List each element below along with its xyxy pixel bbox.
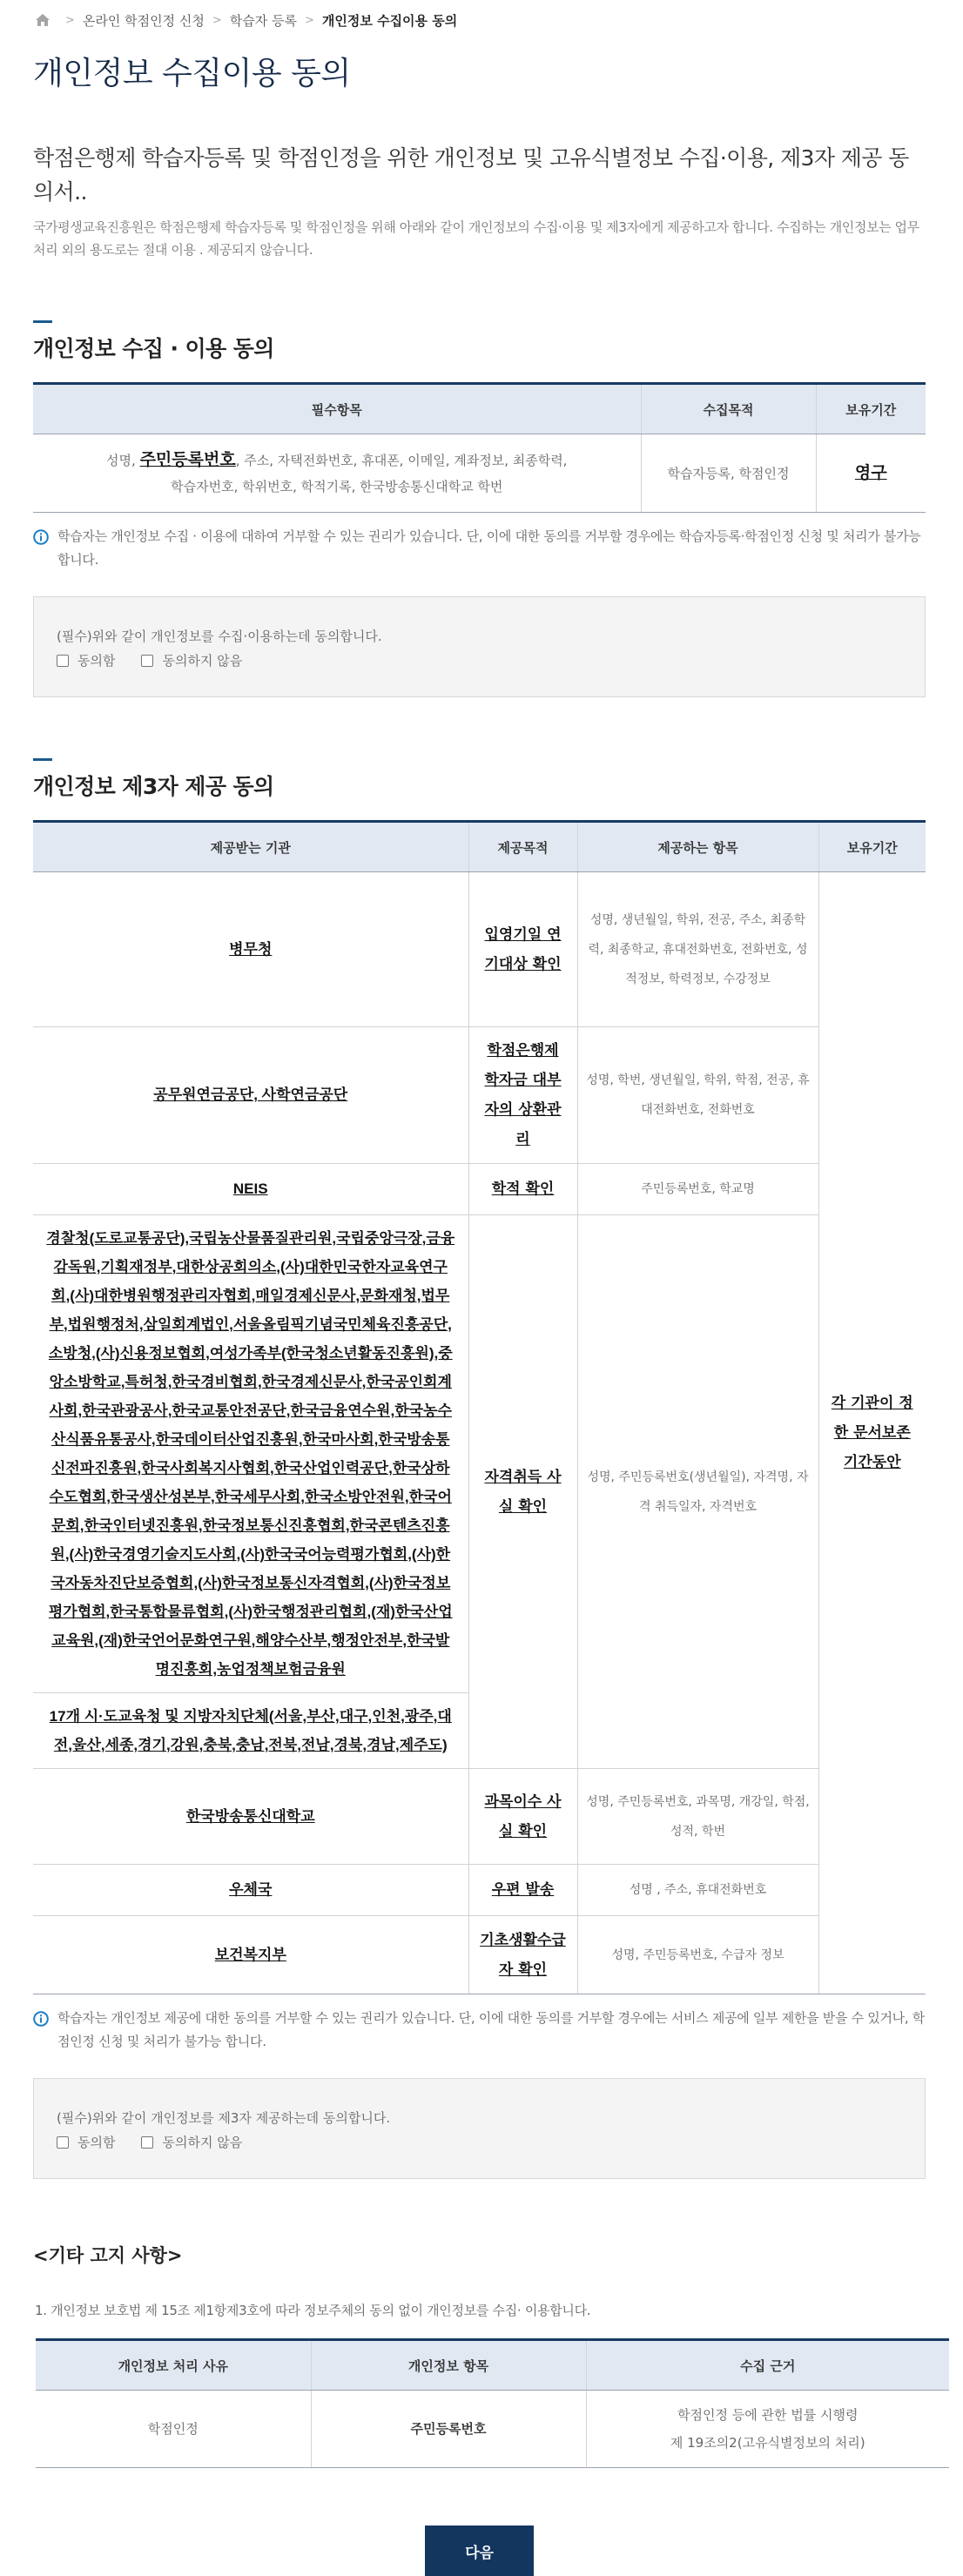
section-marker — [33, 320, 52, 323]
recipient-cell: 보건복지부 — [33, 1916, 468, 1994]
collection-table: 필수항목 수집목적 보유기간 성명, 주민등록번호, 주소, 자택전화번호, 휴… — [33, 382, 926, 513]
items-cell: 성명, 학번, 생년월일, 학위, 학점, 전공, 휴대전화번호, 전화번호 — [577, 1027, 818, 1164]
checkbox-icon[interactable] — [141, 655, 153, 667]
table-row: 우체국 우편 발송 성명 , 주소, 휴대전화번호 — [33, 1865, 926, 1916]
breadcrumb: > 온라인 학점인정 신청 > 학습자 등록 > 개인정보 수집이용 동의 — [33, 0, 926, 38]
third-party-agree-question: (필수)위와 같이 개인정보를 제3자 제공하는데 동의합니다. — [57, 2107, 907, 2129]
table-row: 경찰청(도로교통공단),국립농산물품질관리원,국립중앙극장,금융감독원,기획재정… — [33, 1215, 926, 1693]
header-items: 제공하는 항목 — [577, 822, 818, 872]
third-party-agree-checkbox[interactable]: 동의함 — [57, 2131, 115, 2154]
purpose-cell: 입영기일 연기대상 확인 — [468, 872, 577, 1027]
purpose-cell: 우편 발송 — [468, 1865, 577, 1916]
required-items-cell: 성명, 주민등록번호, 주소, 자택전화번호, 휴대폰, 이메일, 계좌정보, … — [33, 434, 641, 513]
collection-title: 개인정보 수집 · 이용 동의 — [33, 332, 926, 363]
third-party-table: 제공받는 기관 제공목적 제공하는 항목 보유기간 병무청 입영기일 연기대상 … — [33, 820, 926, 1994]
purpose-cell: 학습자등록, 학점인정 — [641, 434, 816, 513]
table-row: 공무원연금공단, 사학연금공단 학점은행제 학자금 대부자의 상환관리 성명, … — [33, 1027, 926, 1164]
table-row: 병무청 입영기일 연기대상 확인 성명, 생년월일, 학위, 전공, 주소, 최… — [33, 872, 926, 1027]
notice-title: <기타 고지 사항> — [33, 2242, 926, 2268]
recipient-cell: 공무원연금공단, 사학연금공단 — [33, 1027, 468, 1164]
header-retention: 보유기간 — [818, 822, 926, 872]
checkbox-icon[interactable] — [141, 2136, 153, 2149]
items-cell: 성명, 주민등록번호, 과목명, 개강일, 학점, 성적, 학번 — [577, 1769, 818, 1865]
item-cell: 주민등록번호 — [311, 2391, 586, 2468]
header-reason: 개인정보 처리 사유 — [36, 2340, 311, 2391]
items-cell: 주민등록번호, 학교명 — [577, 1164, 818, 1215]
items-cell: 성명 , 주소, 휴대전화번호 — [577, 1865, 818, 1916]
page-title: 개인정보 수집이용 동의 — [33, 49, 926, 101]
collection-agree-checkbox[interactable]: 동의함 — [57, 649, 115, 672]
third-party-disagree-checkbox[interactable]: 동의하지 않음 — [141, 2131, 242, 2154]
checkbox-icon[interactable] — [57, 2136, 69, 2149]
header-retention: 보유기간 — [816, 384, 926, 434]
breadcrumb-current: 개인정보 수집이용 동의 — [322, 11, 457, 30]
table-row: 한국방송통신대학교 과목이수 사실 확인 성명, 주민등록번호, 과목명, 개강… — [33, 1769, 926, 1865]
collection-disagree-checkbox[interactable]: 동의하지 않음 — [141, 649, 242, 672]
header-required-items: 필수항목 — [33, 384, 641, 434]
recipient-cell: 경찰청(도로교통공단),국립농산물품질관리원,국립중앙극장,금융감독원,기획재정… — [33, 1215, 468, 1693]
recipient-cell: 17개 시·도교육청 및 지방자치단체(서울,부산,대구,인천,광주,대전,울산… — [33, 1693, 468, 1769]
retention-cell: 영구 — [816, 434, 926, 513]
collection-info: 학습자는 개인정보 수집 · 이용에 대하여 거부할 수 있는 권리가 있습니다… — [33, 525, 926, 572]
items-cell: 성명, 생년월일, 학위, 전공, 주소, 최종학력, 최종학교, 휴대전화번호… — [577, 872, 818, 1027]
notice-item: 1. 개인정보 보호법 제 15조 제1항제3호에 따라 정보주체의 동의 없이… — [33, 2301, 926, 2319]
info-icon — [33, 529, 49, 545]
purpose-cell: 학점은행제 학자금 대부자의 상환관리 — [468, 1027, 577, 1164]
purpose-cell: 기초생활수급자 확인 — [468, 1916, 577, 1994]
basis-cell: 학점인정 등에 관한 법률 시행령제 19조의2(고유식별정보의 처리) — [586, 2391, 949, 2468]
third-party-section: 개인정보 제3자 제공 동의 제공받는 기관 제공목적 제공하는 항목 보유기간… — [33, 758, 926, 2179]
breadcrumb-learner-registration[interactable]: 학습자 등록 — [230, 11, 297, 30]
recipient-cell: NEIS — [33, 1164, 468, 1215]
recipient-cell: 우체국 — [33, 1865, 468, 1916]
notice-section: <기타 고지 사항> 1. 개인정보 보호법 제 15조 제1항제3호에 따라 … — [33, 2242, 926, 2468]
collection-agree-box: (필수)위와 같이 개인정보를 수집·이용하는데 동의합니다. 동의함 동의하지… — [33, 596, 926, 697]
chevron-right-icon: > — [212, 14, 222, 27]
third-party-agree-box: (필수)위와 같이 개인정보를 제3자 제공하는데 동의합니다. 동의함 동의하… — [33, 2078, 926, 2179]
purpose-cell: 과목이수 사실 확인 — [468, 1769, 577, 1865]
breadcrumb-online-credit[interactable]: 온라인 학점인정 신청 — [83, 11, 205, 30]
header-basis: 수집 근거 — [586, 2340, 949, 2391]
next-button[interactable]: 다음 — [425, 2526, 534, 2576]
recipient-cell: 병무청 — [33, 872, 468, 1027]
table-row: NEIS 학적 확인 주민등록번호, 학교명 — [33, 1164, 926, 1215]
table-row: 보건복지부 기초생활수급자 확인 성명, 주민등록번호, 수급자 정보 — [33, 1916, 926, 1994]
collection-section: 개인정보 수집 · 이용 동의 필수항목 수집목적 보유기간 성명, 주민등록번… — [33, 320, 926, 697]
info-icon — [33, 2011, 49, 2027]
items-cell: 성명, 주민등록번호, 수급자 정보 — [577, 1916, 818, 1994]
description-text: 국가평생교육진흥원은 학점은행제 학습자등록 및 학점인정을 위해 아래와 같이… — [33, 216, 926, 261]
header-purpose: 수집목적 — [641, 384, 816, 434]
retention-cell: 각 기관이 정한 문서보존 기간동안 — [818, 872, 926, 1994]
table-row: 학점인정 주민등록번호 학점인정 등에 관한 법률 시행령제 19조의2(고유식… — [36, 2391, 949, 2468]
checkbox-icon[interactable] — [57, 655, 69, 667]
purpose-cell: 자격취득 사실 확인 — [468, 1215, 577, 1769]
items-cell: 성명, 주민등록번호(생년월일), 자격명, 자격 취득일자, 자격번호 — [577, 1215, 818, 1769]
third-party-title: 개인정보 제3자 제공 동의 — [33, 770, 926, 801]
collection-agree-question: (필수)위와 같이 개인정보를 수집·이용하는데 동의합니다. — [57, 625, 907, 648]
header-recipient: 제공받는 기관 — [33, 822, 468, 872]
section-marker — [33, 758, 52, 761]
third-party-info: 학습자는 개인정보 제공에 대한 동의를 거부할 수 있는 권리가 있습니다. … — [33, 2007, 926, 2054]
resident-number-emphasis: 주민등록번호 — [140, 450, 236, 469]
purpose-cell: 학적 확인 — [468, 1164, 577, 1215]
home-icon[interactable] — [35, 13, 51, 27]
chevron-right-icon: > — [65, 14, 75, 27]
header-purpose: 제공목적 — [468, 822, 577, 872]
recipient-cell: 한국방송통신대학교 — [33, 1769, 468, 1865]
chevron-right-icon: > — [305, 14, 314, 27]
header-item: 개인정보 항목 — [311, 2340, 586, 2391]
lead-text: 학점은행제 학습자등록 및 학점인정을 위한 개인정보 및 고유식별정보 수집·… — [33, 141, 926, 209]
notice-table: 개인정보 처리 사유 개인정보 항목 수집 근거 학점인정 주민등록번호 학점인… — [36, 2338, 949, 2468]
table-row: 성명, 주민등록번호, 주소, 자택전화번호, 휴대폰, 이메일, 계좌정보, … — [33, 434, 926, 513]
reason-cell: 학점인정 — [36, 2391, 311, 2468]
